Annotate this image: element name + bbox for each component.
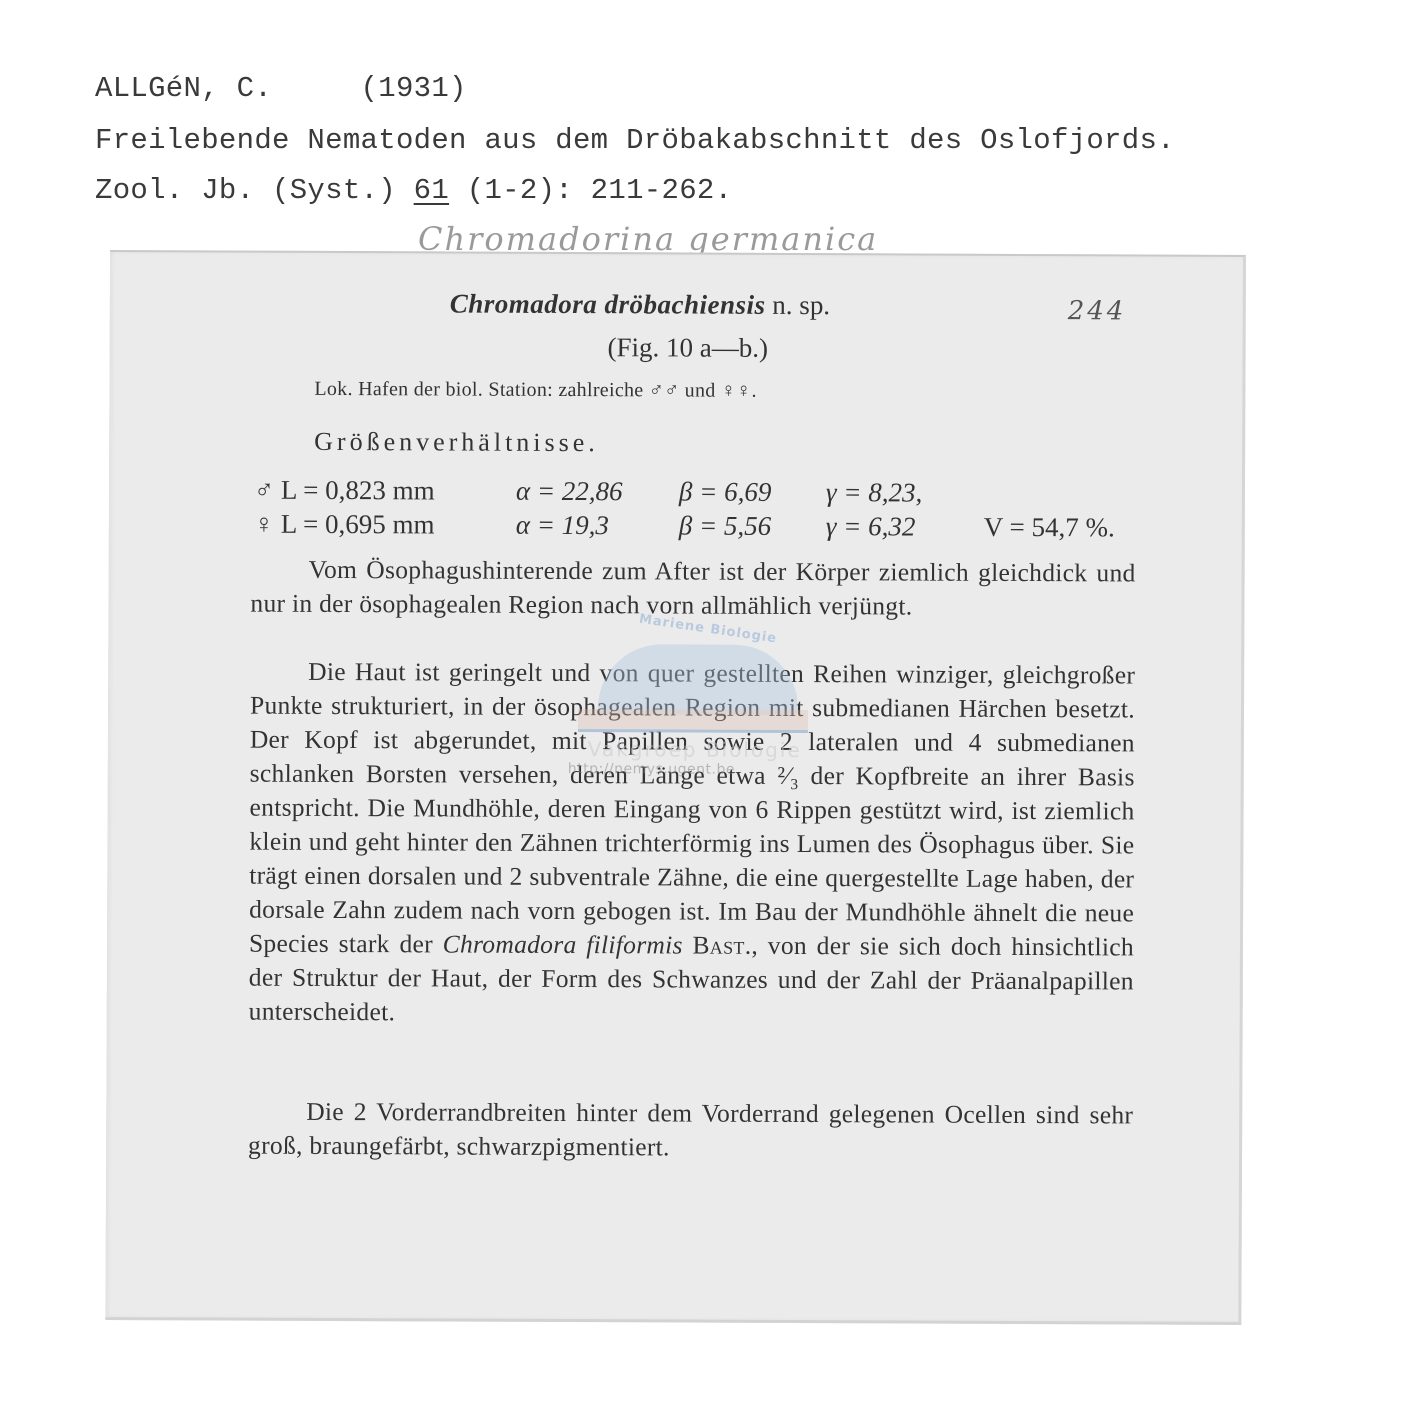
species-suffix: n. sp. (772, 290, 830, 320)
card-issue-pages: (1-2): 211-262. (467, 174, 733, 207)
card-author: ALLGéN, C. (95, 72, 272, 105)
card-year: (1931) (361, 72, 467, 105)
paragraph-ocelli: Die 2 Vorderrandbreiten hinter dem Vorde… (248, 1095, 1133, 1167)
female-gamma: γ = 6,32 (826, 511, 916, 542)
handwritten-page-number: 244 (1068, 296, 1127, 326)
card-volume: 61 (414, 174, 449, 207)
card-citation: Zool. Jb. (Syst.) 61 (1-2): 211-262. (95, 174, 732, 207)
species-title: Chromadora dröbachiensis n. sp. (450, 288, 830, 321)
female-length: ♀ L = 0,695 mm (254, 509, 435, 541)
male-alpha: α = 22,86 (516, 476, 623, 507)
female-vulva-position: V = 54,7 %. (984, 512, 1115, 544)
card-author-line: ALLGéN, C. (1931) (95, 72, 467, 105)
male-beta: β = 6,69 (679, 476, 772, 507)
article-clipping: Chromadora dröbachiensis n. sp. 244 (Fig… (105, 250, 1246, 1325)
paragraph-cuticle-head: Die Haut ist geringelt und von quer gest… (249, 655, 1136, 1033)
card-journal: Zool. Jb. (Syst.) (95, 174, 396, 207)
male-length: ♂ L = 0,823 mm (254, 475, 435, 507)
female-alpha: α = 19,3 (516, 510, 609, 541)
locality-line: Lok. Hafen der biol. Station: zahlreiche… (314, 378, 757, 403)
male-gamma: γ = 8,23, (826, 477, 922, 508)
species-authority: Bast. (692, 931, 751, 960)
figure-reference: (Fig. 10 a—b.) (608, 332, 769, 364)
species-name: Chromadora dröbachiensis (450, 288, 766, 319)
female-beta: β = 5,56 (679, 510, 772, 541)
paragraph-body-shape: Vom Ösophagushinterende zum After ist de… (250, 553, 1135, 625)
section-heading: Größenverhältnisse. (314, 427, 599, 458)
compared-species: Chromadora filiformis (443, 929, 683, 959)
card-title: Freilebende Nematoden aus dem Dröbakabsc… (95, 124, 1175, 157)
